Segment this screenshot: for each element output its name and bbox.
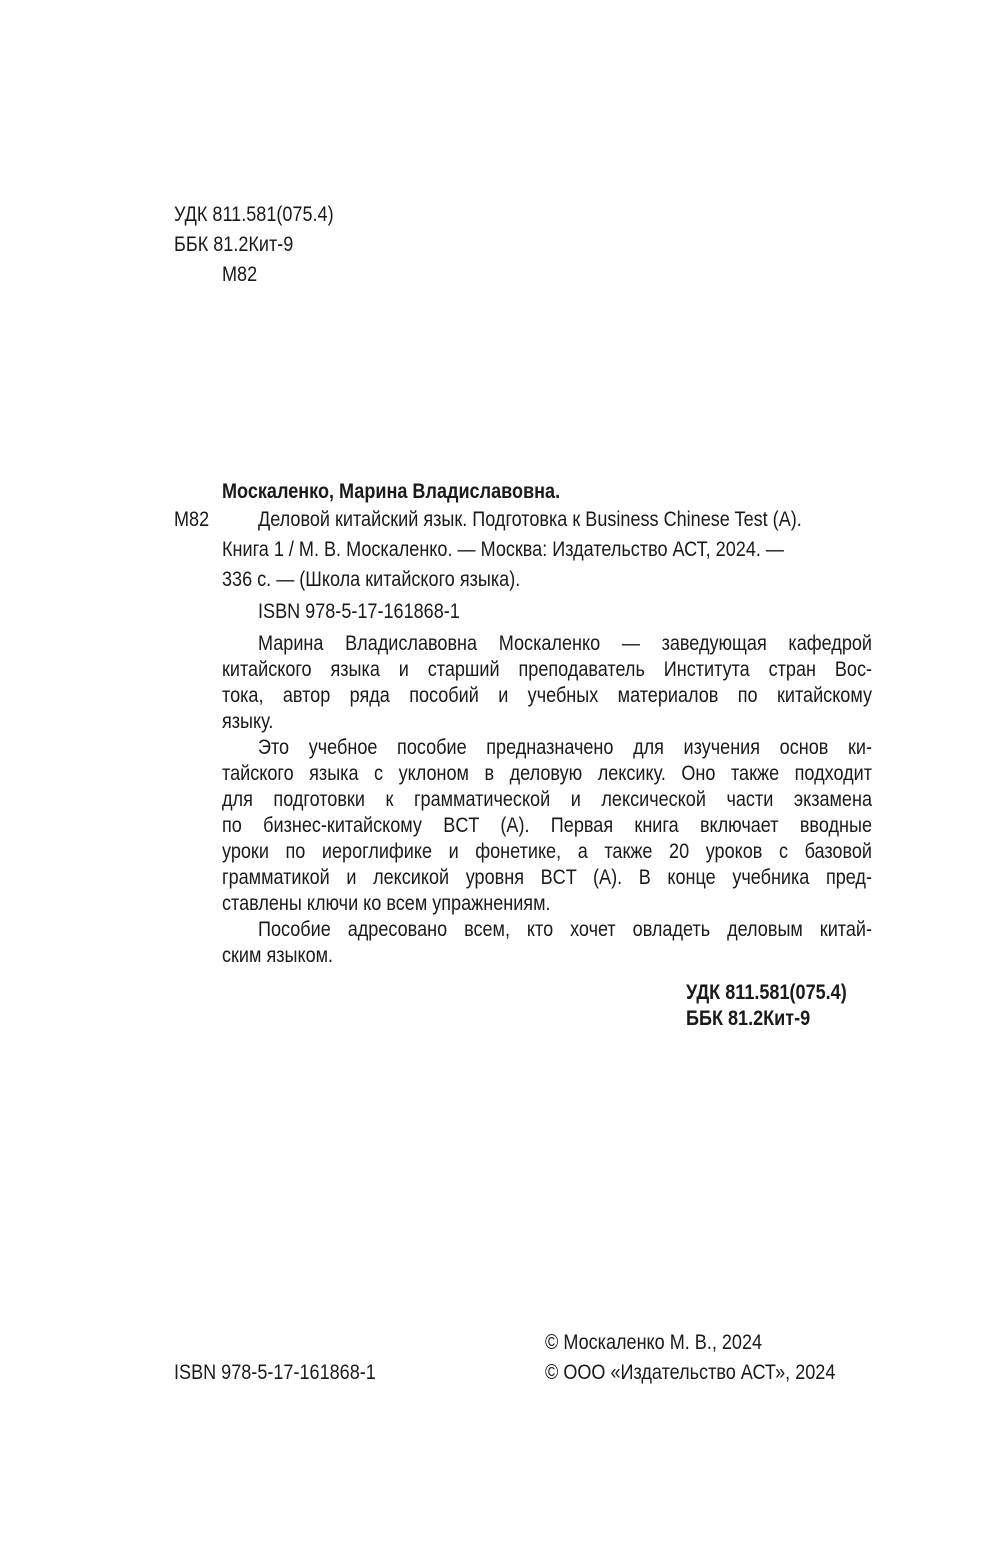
annotation-line: грамматикой и лексикой уровня BCT (A). В… — [222, 865, 872, 891]
isbn-record: ISBN 978-5-17-161868-1 — [258, 599, 460, 625]
annotation-line: Марина Владиславовна Москаленко — заведу… — [258, 631, 872, 657]
bbk-code-top: ББК 81.2Кит-9 — [174, 232, 293, 258]
annotation-line: для подготовки к грамматической и лексич… — [222, 787, 872, 813]
udk-code-bottom: УДК 811.581(075.4) — [686, 980, 847, 1006]
annotation-line: Это учебное пособие предназначено для из… — [258, 735, 872, 761]
bbk-code-bottom: ББК 81.2Кит-9 — [686, 1006, 810, 1032]
annotation-line: по бизнес-китайскому BCT (A). Первая кни… — [222, 813, 872, 839]
author-heading: Москаленко, Марина Владиславовна. — [222, 479, 560, 505]
annotation-line: ским языком. — [222, 943, 333, 969]
author-mark: М82 — [174, 507, 209, 533]
annotation-line: китайского языка и старший преподаватель… — [222, 657, 872, 683]
title-line-3: 336 с. — (Школа китайского языка). — [222, 567, 520, 593]
title-line-1: Деловой китайский язык. Подготовка к Bus… — [258, 507, 802, 533]
copyright-publisher: © ООО «Издательство АСТ», 2024 — [545, 1360, 835, 1386]
annotation-line: тайского языка с уклоном в деловую лекси… — [222, 761, 872, 787]
udk-code-top: УДК 811.581(075.4) — [174, 202, 334, 228]
annotation-line: языку. — [222, 709, 273, 735]
annotation-line: Пособие адресовано всем, кто хочет овлад… — [258, 917, 872, 943]
annotation-line: ставлены ключи ко всем упражнениям. — [222, 891, 551, 917]
annotation-line: уроки по иероглифике и фонетике, а также… — [222, 839, 872, 865]
title-line-2: Книга 1 / М. В. Москаленко. — Москва: Из… — [222, 537, 784, 563]
annotation-line: тока, автор ряда пособий и учебных матер… — [222, 683, 872, 709]
isbn-footer: ISBN 978-5-17-161868-1 — [174, 1360, 376, 1386]
copyright-author: © Москаленко М. В., 2024 — [545, 1330, 762, 1356]
author-mark-top: М82 — [222, 262, 257, 288]
